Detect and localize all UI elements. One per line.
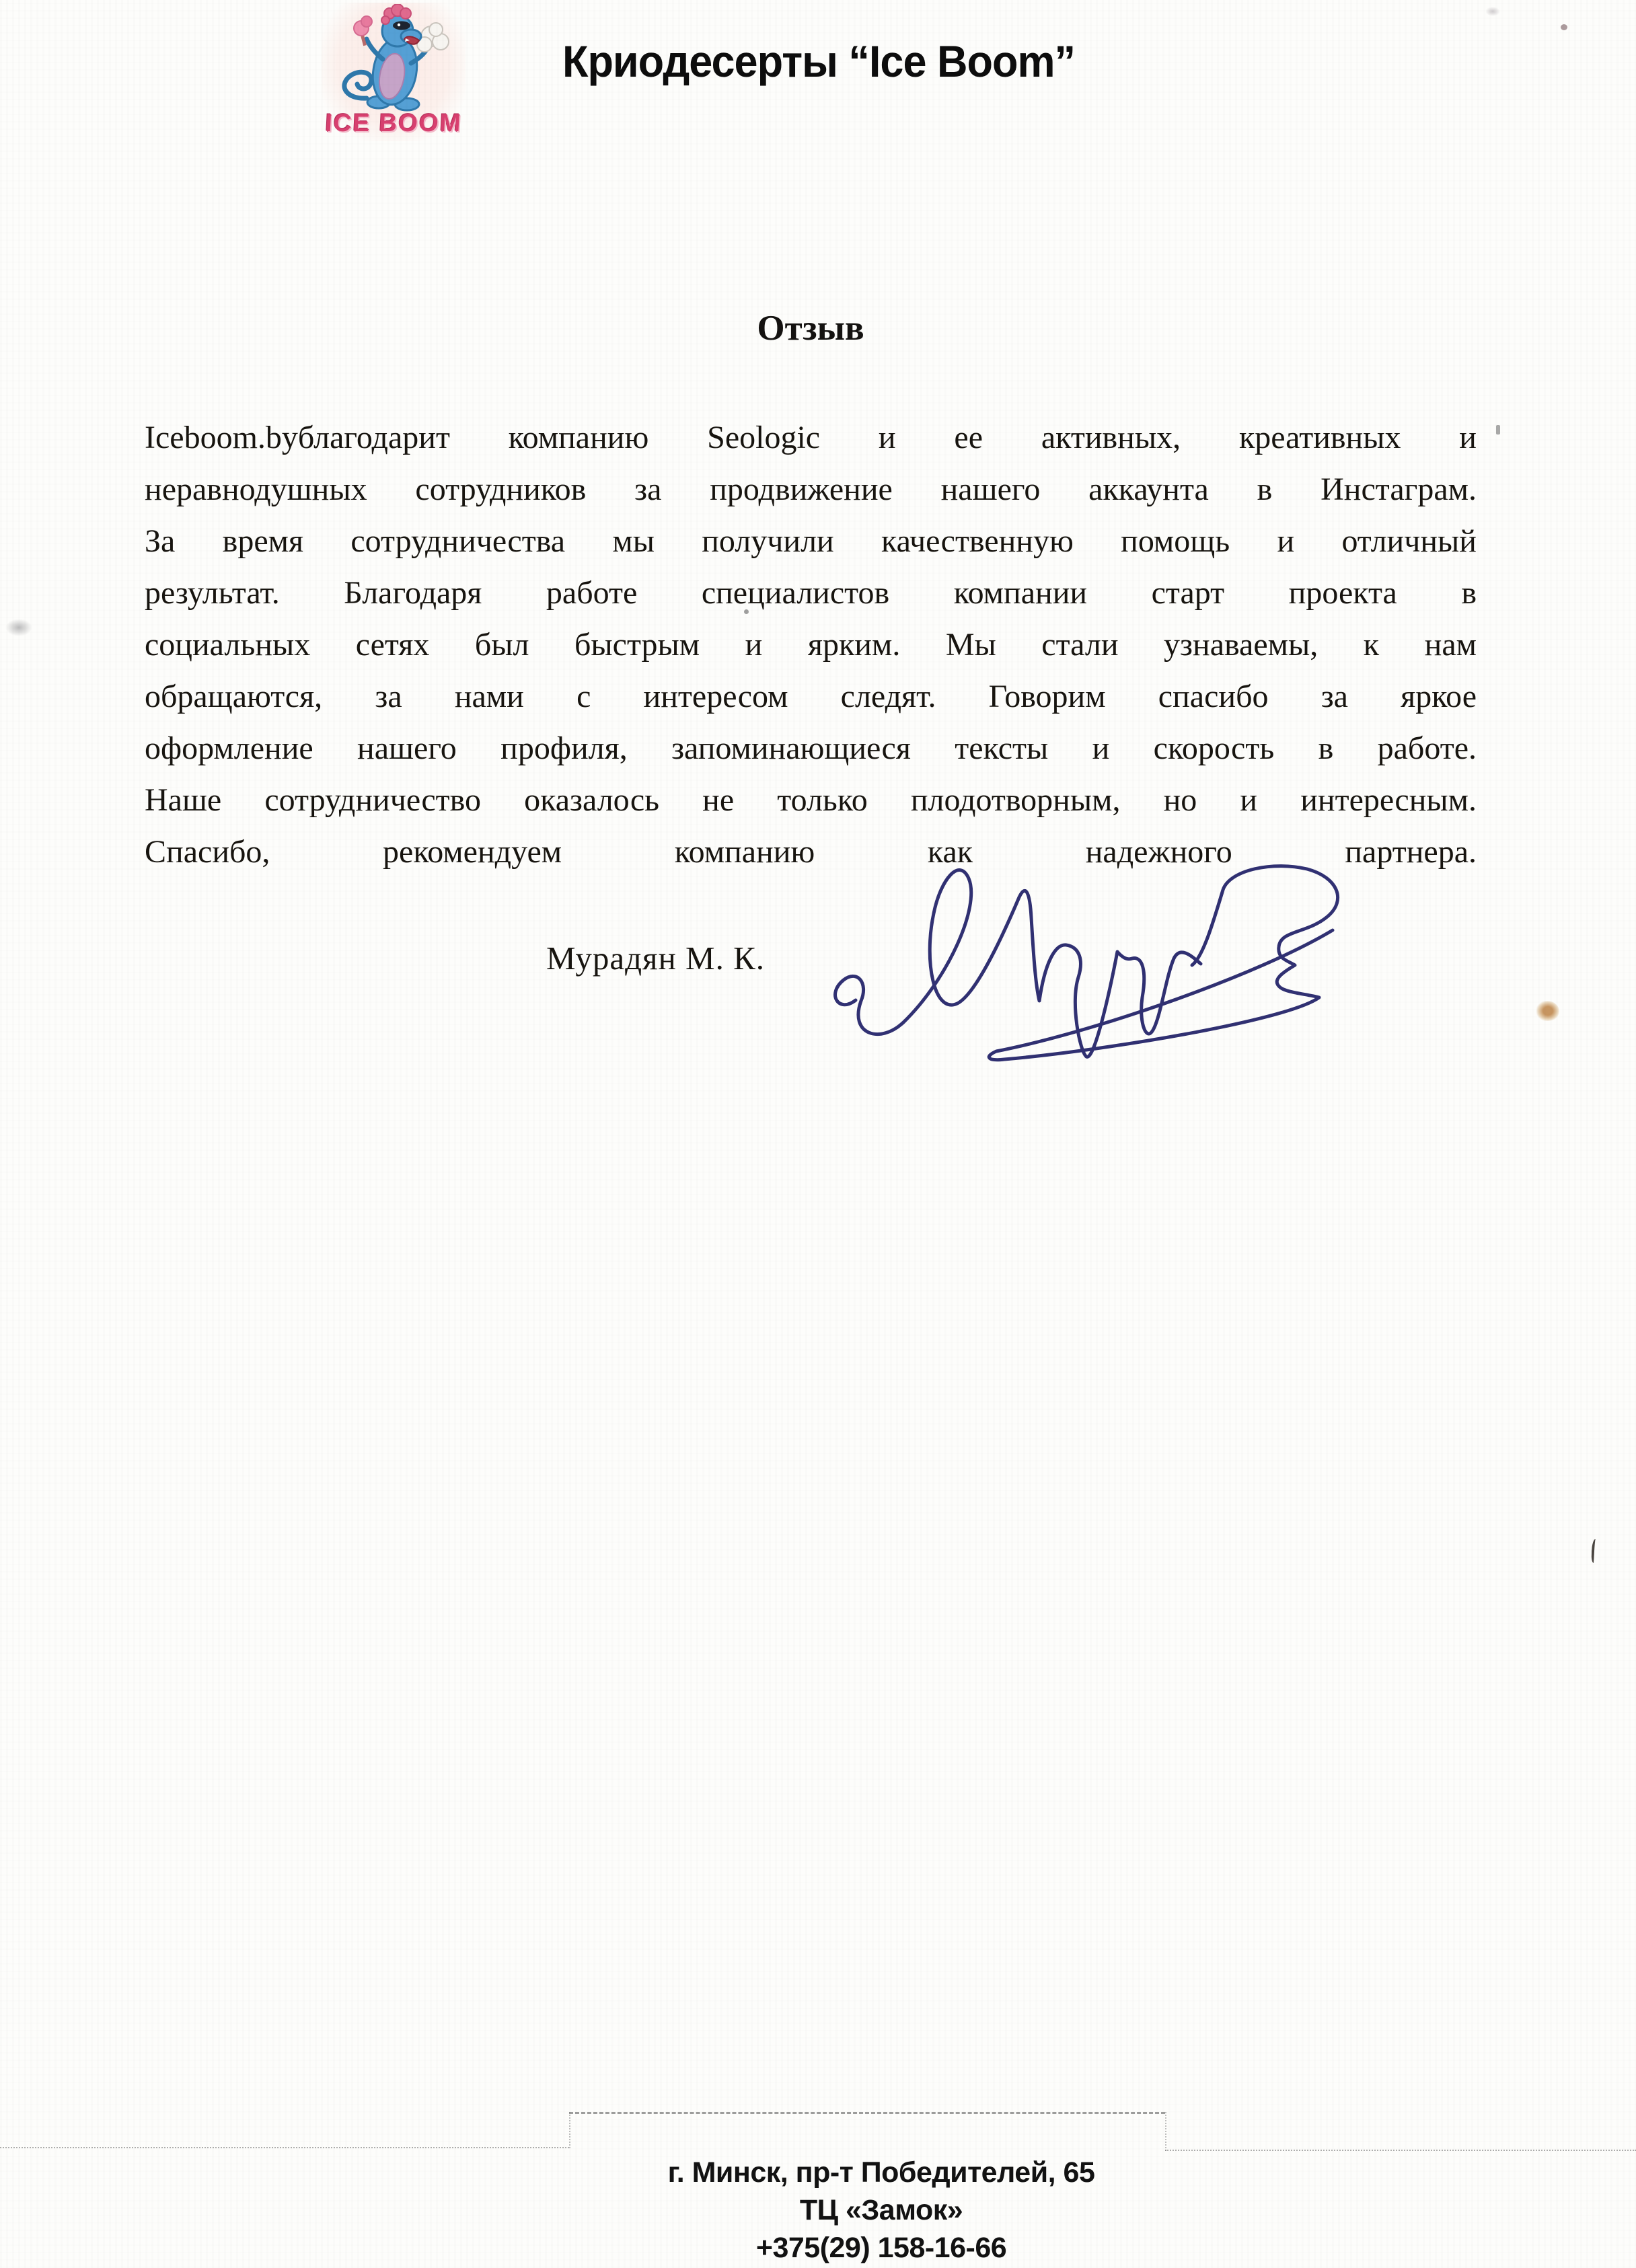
handwritten-signature-icon (815, 842, 1367, 1091)
body-line: социальных сетях был быстрым и ярким. Мы… (145, 619, 1477, 671)
scan-speck (5, 619, 32, 636)
scan-speck (744, 609, 749, 614)
document-heading: Отзыв (145, 308, 1477, 348)
footer-dotted-line-right (1165, 2150, 1636, 2151)
footer-mall: ТЦ «Замок» (66, 2191, 1636, 2229)
footer-dotted-line-vertical-left (569, 2112, 570, 2148)
scan-speck (1496, 425, 1500, 434)
scan-speck (1485, 7, 1500, 16)
pen-mark-artifact (1591, 1539, 1599, 1563)
company-title: Криодесерты “Ice Boom” (562, 37, 1075, 87)
signatory-name: Мурадян М. К. (546, 939, 765, 977)
body-line: Наше сотрудничество оказалось не только … (145, 774, 1477, 826)
body-line: За время сотрудничества мы получили каче… (145, 515, 1477, 567)
scan-speck (1561, 24, 1567, 30)
footer-phone: +375(29) 158-16-66 (66, 2229, 1636, 2267)
body-line: Iceboom.byблагодарит компанию Seologic и… (145, 412, 1477, 463)
scanned-letter-page: ICE BOOM Криодесерты “Ice Boom” Отзыв Ic… (0, 0, 1636, 2268)
footer-dotted-line-vertical-right (1165, 2112, 1166, 2151)
body-line: неравнодушных сотрудников за продвижение… (145, 463, 1477, 515)
logo-wordmark: ICE BOOM (321, 109, 466, 137)
body-line: обращаются, за нами с интересом следят. … (145, 671, 1477, 722)
footer-dotted-line-left (0, 2147, 569, 2148)
footer-dotted-line-top (569, 2112, 1165, 2114)
footer-address: г. Минск, пр-т Победителей, 65 (66, 2154, 1636, 2191)
dragon-mascot-icon (326, 4, 461, 112)
letter-body: Iceboom.byблагодарит компанию Seologic и… (145, 412, 1477, 878)
footer-contact-block: г. Минск, пр-т Победителей, 65 ТЦ «Замок… (66, 2154, 1636, 2267)
body-line: оформление нашего профиля, запоминающиес… (145, 722, 1477, 774)
stain-speck (1536, 1001, 1559, 1021)
body-line: результат. Благодаря работе специалистов… (145, 567, 1477, 619)
company-logo: ICE BOOM (322, 3, 466, 141)
